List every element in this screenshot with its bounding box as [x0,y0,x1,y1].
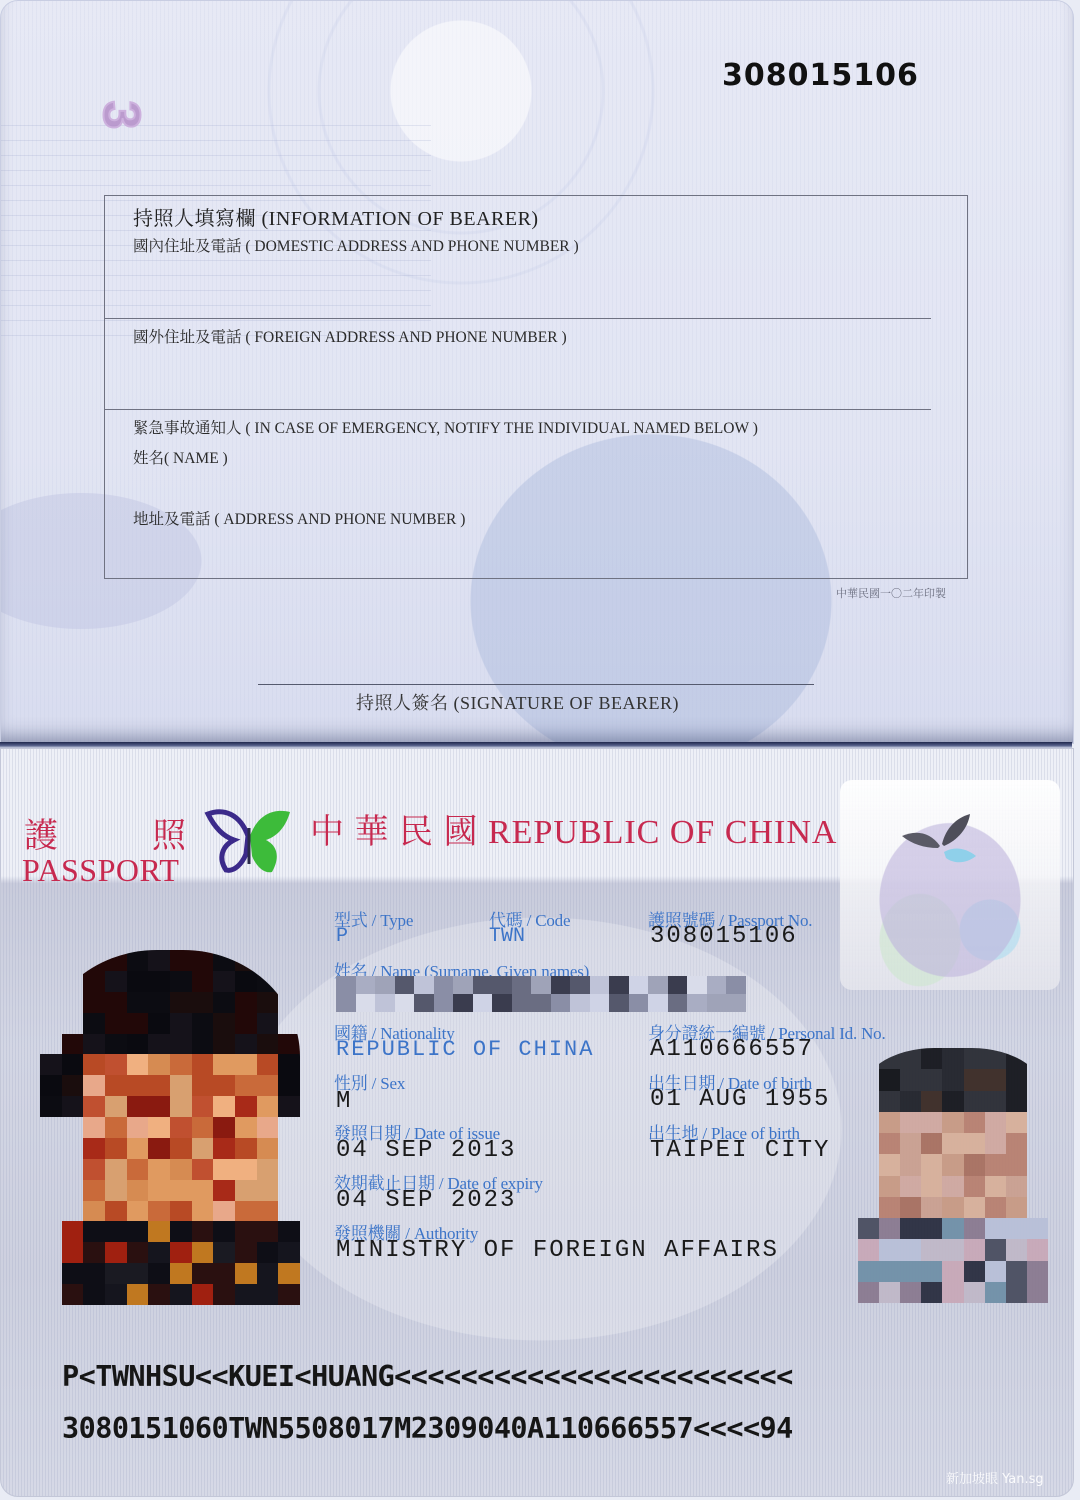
serial-number: 308015106 [722,58,919,93]
emergency-contact-label: 緊急事故通知人 ( IN CASE OF EMERGENCY, NOTIFY T… [133,416,758,438]
place-of-birth-value: TAIPEI CITY [650,1137,830,1164]
sex-value: M [336,1088,352,1115]
mrz-line-2: 3080151060TWN5508017M2309040A110666557<<… [62,1412,793,1445]
emergency-address-label: 地址及電話 ( ADDRESS AND PHONE NUMBER ) [133,507,465,529]
bearer-info-box: 持照人填寫欄 (INFORMATION OF BEARER) 國內住址及電話 (… [104,195,968,579]
signature-label: 持照人簽名 (SIGNATURE OF BEARER) [356,689,679,715]
authority-value: MINISTRY OF FOREIGN AFFAIRS [336,1237,779,1264]
code-value: TWN [489,925,525,948]
page-number: 3 [98,86,144,144]
signature-line [258,684,814,685]
domestic-address-label: 國內住址及電話 ( DOMESTIC ADDRESS AND PHONE NUM… [133,234,579,256]
emergency-name-label: 姓名( NAME ) [133,446,228,468]
foreign-address-label: 國外住址及電話 ( FOREIGN ADDRESS AND PHONE NUMB… [133,325,567,347]
passport-title-en: PASSPORT [22,852,179,889]
butterfly-emblem-icon [204,806,294,878]
nationality-value: REPUBLIC OF CHINA [336,1037,594,1062]
country-title: 中 華 民 國 REPUBLIC OF CHINA [310,804,837,853]
bearer-info-title: 持照人填寫欄 (INFORMATION OF BEARER) [133,202,539,231]
personal-id-value: A110666557 [650,1036,814,1063]
type-value: P [336,925,350,948]
passport-title-cn-2: 照 [152,808,186,857]
ghost-photo-pixelated [858,1048,1048,1303]
divider [105,318,931,319]
print-note: 中華民國一〇二年印製 [836,585,946,601]
date-of-expiry-value: 04 SEP 2023 [336,1187,516,1214]
hologram-butterfly-icon [900,812,980,876]
date-of-issue-value: 04 SEP 2013 [336,1137,516,1164]
watermark: 新加坡眼 Yan.sg [946,1468,1044,1487]
date-of-birth-value: 01 AUG 1955 [650,1086,830,1113]
bearer-photo-pixelated [40,950,300,1305]
mrz-line-1: P<TWNHSU<<KUEI<HUANG<<<<<<<<<<<<<<<<<<<<… [62,1360,793,1393]
passport-title-cn-1: 護 [24,808,58,857]
divider [105,409,931,410]
name-value-redacted [336,976,746,1012]
passport-no-value: 308015106 [650,923,798,950]
